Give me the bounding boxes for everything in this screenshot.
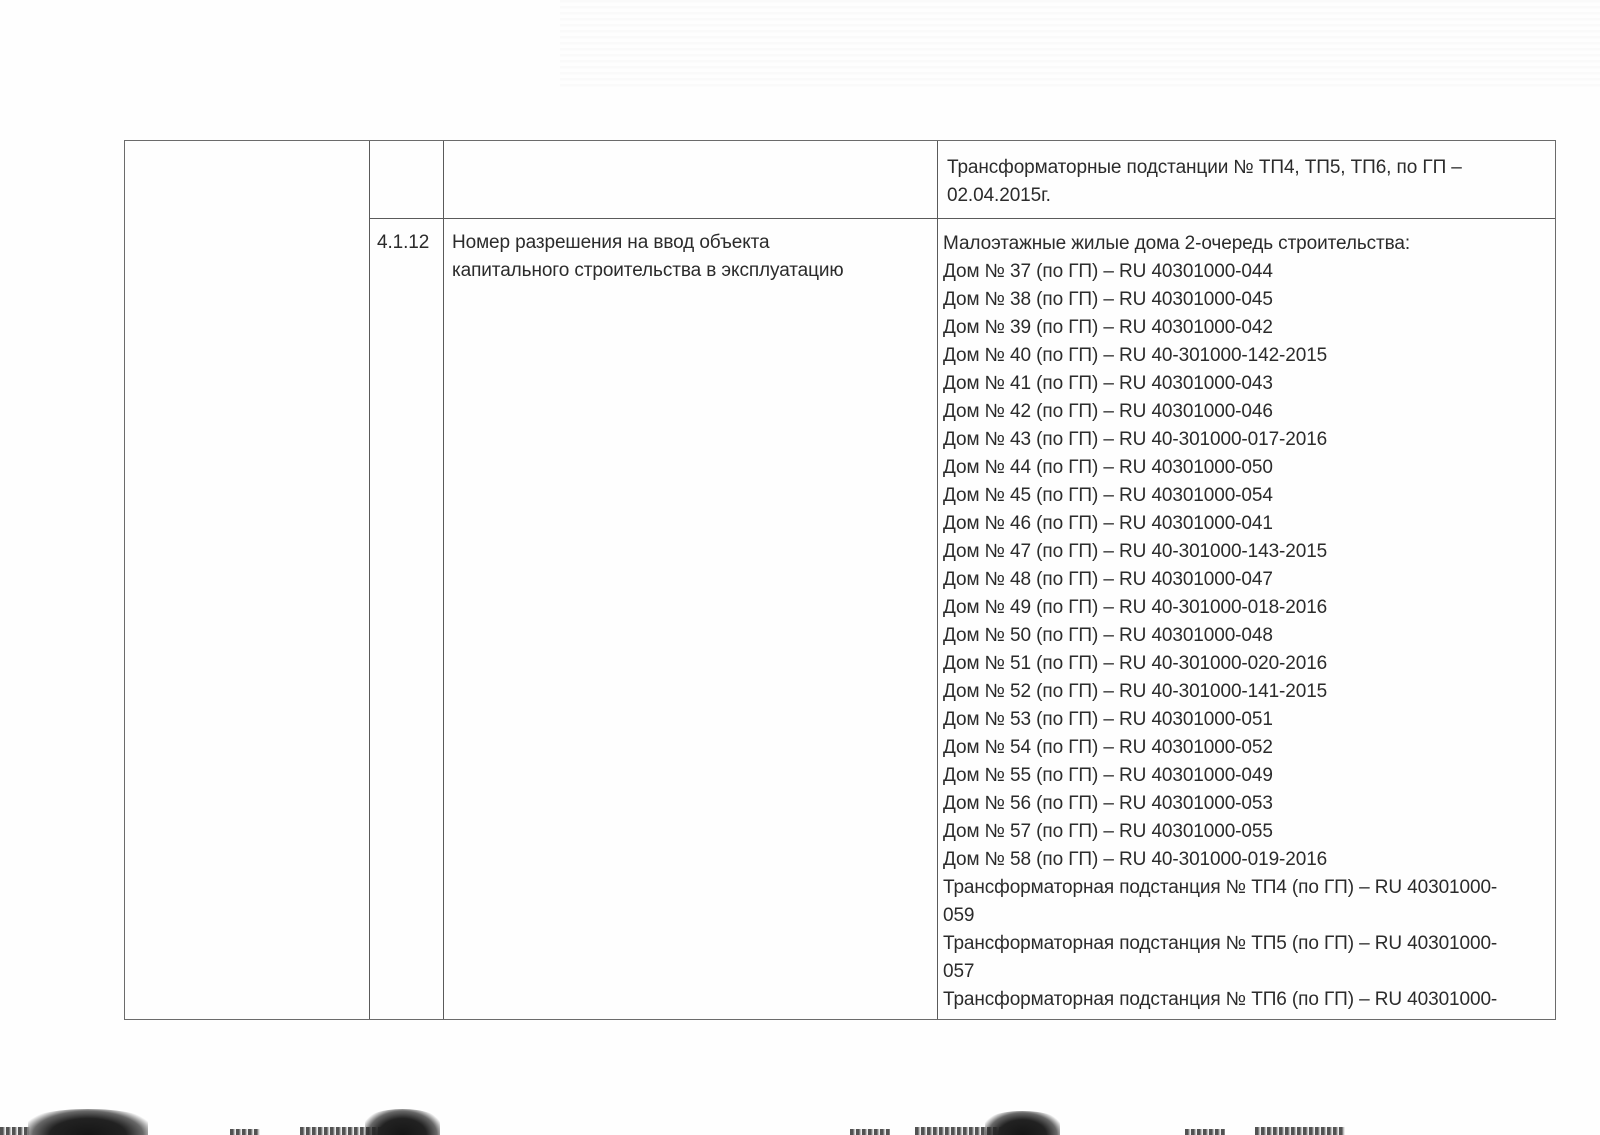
permit-line: Дом № 43 (по ГП) – RU 40-301000-017-2016 bbox=[943, 426, 1497, 454]
permit-line: Трансформаторная подстанция № ТП4 (по ГП… bbox=[943, 874, 1497, 902]
permit-line: Дом № 56 (по ГП) – RU 40301000-053 bbox=[943, 790, 1497, 818]
permit-line: Дом № 46 (по ГП) – RU 40301000-041 bbox=[943, 510, 1497, 538]
permit-list-heading: Малоэтажные жилые дома 2-очередь строите… bbox=[943, 230, 1497, 258]
permit-line: 059 bbox=[943, 902, 1497, 930]
permit-list: Малоэтажные жилые дома 2-очередь строите… bbox=[943, 230, 1497, 1014]
permit-lines: Дом № 37 (по ГП) – RU 40301000-044Дом № … bbox=[943, 258, 1497, 1014]
permit-line: Трансформаторная подстанция № ТП5 (по ГП… bbox=[943, 930, 1497, 958]
scan-noise bbox=[560, 0, 1600, 90]
label-line: капитального строительства в эксплуатаци… bbox=[452, 257, 844, 285]
permit-line: 057 bbox=[943, 958, 1497, 986]
permit-line: Дом № 54 (по ГП) – RU 40301000-052 bbox=[943, 734, 1497, 762]
permit-line: Дом № 39 (по ГП) – RU 40301000-042 bbox=[943, 314, 1497, 342]
column-divider bbox=[369, 141, 370, 1019]
value-line: Трансформаторные подстанции № ТП4, ТП5, … bbox=[947, 154, 1462, 182]
permit-line: Дом № 51 (по ГП) – RU 40-301000-020-2016 bbox=[943, 650, 1497, 678]
permit-line: Дом № 42 (по ГП) – RU 40301000-046 bbox=[943, 398, 1497, 426]
permit-line: Дом № 40 (по ГП) – RU 40-301000-142-2015 bbox=[943, 342, 1497, 370]
permit-line: Дом № 55 (по ГП) – RU 40301000-049 bbox=[943, 762, 1497, 790]
section-number: 4.1.12 bbox=[377, 229, 429, 257]
value-line: 02.04.2015г. bbox=[947, 182, 1462, 210]
permit-line: Трансформаторная подстанция № ТП6 (по ГП… bbox=[943, 986, 1497, 1014]
permit-line: Дом № 48 (по ГП) – RU 40301000-047 bbox=[943, 566, 1497, 594]
column-divider bbox=[937, 141, 938, 1019]
scanned-page: Трансформаторные подстанции № ТП4, ТП5, … bbox=[0, 0, 1600, 1135]
row-1-value: Трансформаторные подстанции № ТП4, ТП5, … bbox=[947, 154, 1462, 210]
permit-line: Дом № 50 (по ГП) – RU 40301000-048 bbox=[943, 622, 1497, 650]
label-line: Номер разрешения на ввод объекта bbox=[452, 229, 844, 257]
permit-line: Дом № 41 (по ГП) – RU 40301000-043 bbox=[943, 370, 1497, 398]
scan-binding-shadow bbox=[0, 1105, 1600, 1135]
permit-line: Дом № 52 (по ГП) – RU 40-301000-141-2015 bbox=[943, 678, 1497, 706]
permit-line: Дом № 49 (по ГП) – RU 40-301000-018-2016 bbox=[943, 594, 1497, 622]
column-divider bbox=[443, 141, 444, 1019]
permit-line: Дом № 57 (по ГП) – RU 40301000-055 bbox=[943, 818, 1497, 846]
field-label: Номер разрешения на ввод объекта капитал… bbox=[452, 229, 844, 285]
permit-line: Дом № 44 (по ГП) – RU 40301000-050 bbox=[943, 454, 1497, 482]
permit-line: Дом № 45 (по ГП) – RU 40301000-054 bbox=[943, 482, 1497, 510]
document-table: Трансформаторные подстанции № ТП4, ТП5, … bbox=[124, 140, 1556, 1020]
permit-line: Дом № 37 (по ГП) – RU 40301000-044 bbox=[943, 258, 1497, 286]
permit-line: Дом № 47 (по ГП) – RU 40-301000-143-2015 bbox=[943, 538, 1497, 566]
permit-line: Дом № 38 (по ГП) – RU 40301000-045 bbox=[943, 286, 1497, 314]
permit-line: Дом № 53 (по ГП) – RU 40301000-051 bbox=[943, 706, 1497, 734]
permit-line: Дом № 58 (по ГП) – RU 40-301000-019-2016 bbox=[943, 846, 1497, 874]
row-divider bbox=[369, 218, 1555, 219]
